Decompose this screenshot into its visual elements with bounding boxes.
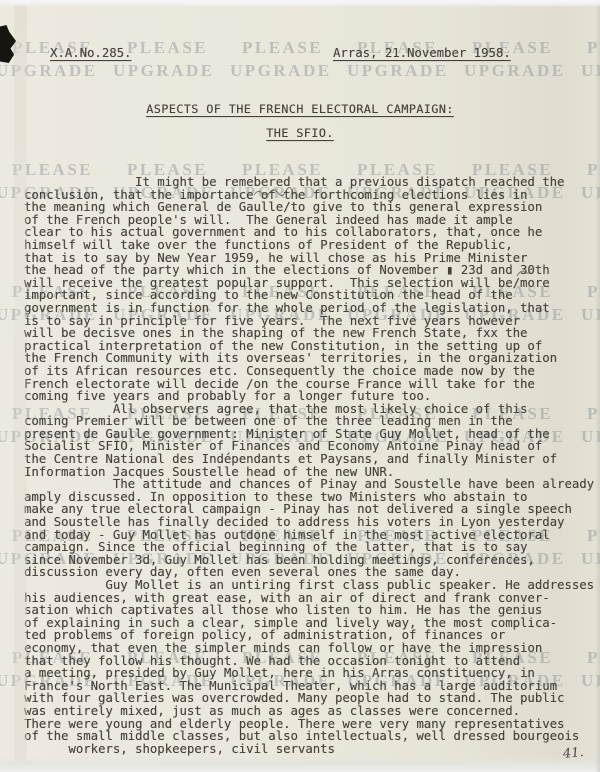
reference-number: X.A.No.285. bbox=[50, 46, 131, 60]
document-title-line1: ASPECTS OF THE FRENCH ELECTORAL CAMPAIGN… bbox=[0, 102, 600, 116]
typed-body: It might be remebered that a previous di… bbox=[24, 176, 594, 755]
document-scan: PLEASEUPGRADEPLEASEUPGRADEPLEASEUPGRADEP… bbox=[0, 0, 600, 772]
scan-edge-bottom bbox=[0, 757, 600, 772]
dateline: Arras, 21.November 1958. bbox=[333, 46, 511, 60]
scan-edge-right bbox=[595, 0, 600, 772]
handwritten-tick-mark bbox=[516, 268, 532, 277]
document-title-line2: THE SFIO. bbox=[0, 126, 600, 140]
page-content: X.A.No.285. Arras, 21.November 1958. ASP… bbox=[0, 0, 600, 772]
scan-edge-top bbox=[0, 0, 600, 7]
scan-edge-left bbox=[0, 0, 14, 772]
scan-edge-left-shadow bbox=[14, 0, 27, 772]
handwritten-insertion-mark bbox=[253, 187, 295, 197]
